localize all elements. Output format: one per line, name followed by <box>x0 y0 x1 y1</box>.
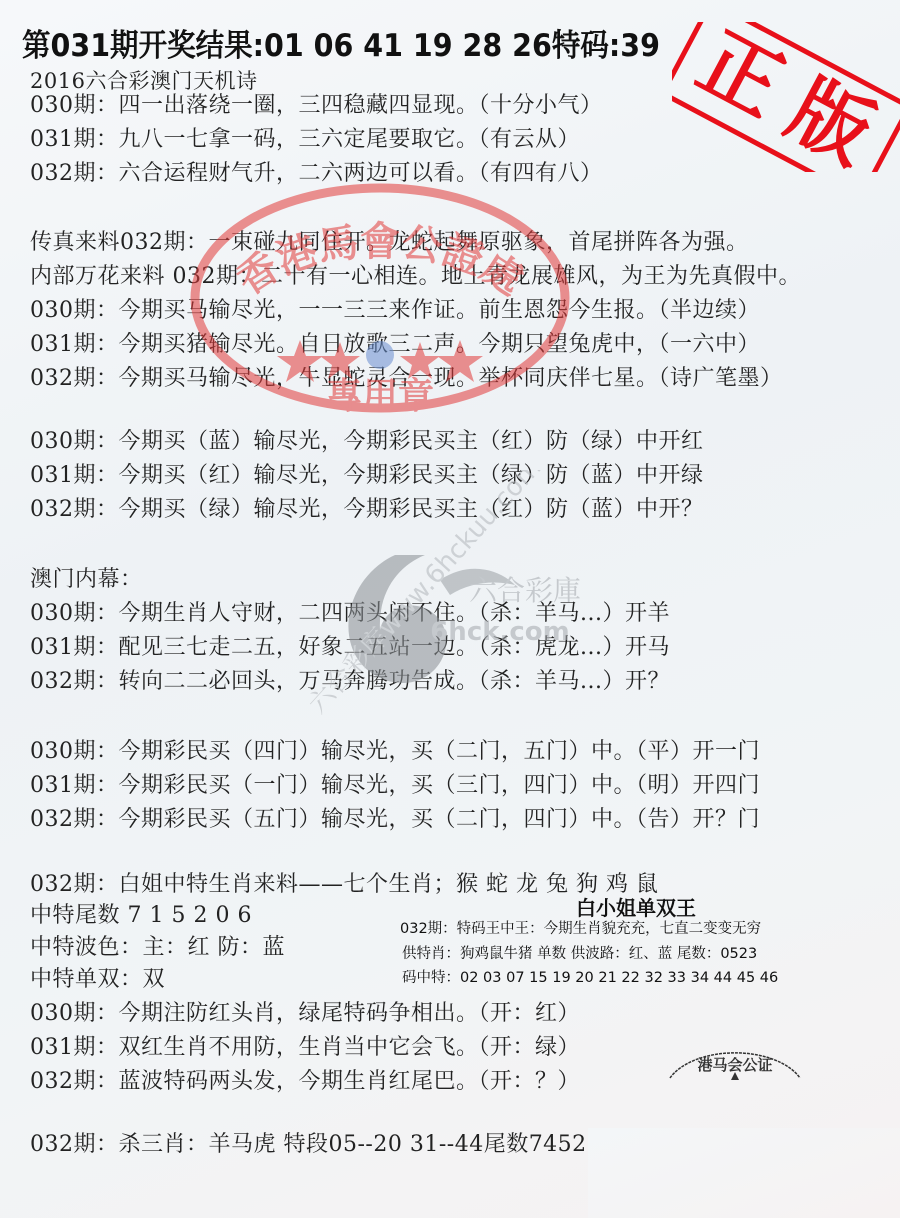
bottom-seal-icon: 港马会公证 <box>665 1040 805 1080</box>
wave-line: 032期：蓝波特码两头发，今期生肖红尾巴。（开：？） <box>30 1065 580 1099</box>
side-box-line: 032期：特码王中王：今期生肖貌充充，七直二变变无穷 <box>400 918 761 940</box>
draw-result-headline: 第031期开奖结果:01 06 41 19 28 26特码:39 <box>22 20 660 65</box>
fax-line: 032期：今期买马输尽光，牛显蛇灵合一现。举杯同庆伴七星。（诗广笔墨） <box>30 362 783 396</box>
svg-text:正: 正 <box>684 22 798 134</box>
macau-inside-line: 031期：配见三七走二五，好象二五站一边。（杀：虎龙...）开马 <box>30 631 670 665</box>
poem-line: 030期：四一出落绕一圈，三四稳藏四显现。（十分小气） <box>30 89 603 123</box>
fax-line: 030期：今期买马输尽光，一一三三来作证。前生恩怨今生报。（半边续） <box>30 294 760 328</box>
door-line: 030期：今期彩民买（四门）输尽光，买（二门，五门）中。（平）开一门 <box>30 735 760 769</box>
tail-numbers: 中特尾数 7 1 5 2 0 6 <box>30 899 252 933</box>
poem-line: 031期：九八一七拿一码，三六定尾要取它。（有云从） <box>30 123 580 157</box>
macau-inside-line: 032期：转向二二必回头，万马奔腾功告成。（杀：羊马...）开？ <box>30 665 670 699</box>
odd-even: 中特单双：双 <box>30 963 165 997</box>
macau-inside-title: 澳门内幕： <box>30 563 143 597</box>
side-box-line: 码中特：02 03 07 15 19 20 21 22 32 33 34 44 … <box>402 967 778 989</box>
zodiac-line: 032期：白姐中特生肖来料——七个生肖；猴 蛇 龙 兔 狗 鸡 鼠 <box>30 868 658 902</box>
authentic-stamp-icon: 正 版 <box>672 22 900 172</box>
door-line: 032期：今期彩民买（五门）输尽光，买（二门，四门）中。（告）开？门 <box>30 803 760 837</box>
color-line: 032期：今期买（绿）输尽光，今期彩民买主（红）防（蓝）中开？ <box>30 493 704 527</box>
wave-line: 031期：双红生肖不用防，生肖当中它会飞。（开：绿） <box>30 1031 580 1065</box>
svg-text:版: 版 <box>774 62 888 172</box>
svg-text:港马会公证: 港马会公证 <box>697 1056 772 1074</box>
side-box-line: 供特肖：狗鸡鼠牛猪 单数 供波路：红、蓝 尾数：0523 <box>402 943 757 965</box>
cropped-area <box>588 1128 900 1218</box>
poem-line: 032期：六合运程财气升，二六两边可以看。（有四有八） <box>30 157 603 191</box>
color-line: 031期：今期买（红）输尽光，今期彩民买主（绿）防（蓝）中开绿 <box>30 459 704 493</box>
color-line: 030期：今期买（蓝）输尽光，今期彩民买主（红）防（绿）中开红 <box>30 425 704 459</box>
wave-line: 030期：今期注防红头肖，绿尾特码争相出。（开：红） <box>30 997 580 1031</box>
door-line: 031期：今期彩民买（一门）输尽光，买（三门，四门）中。（明）开四门 <box>30 769 760 803</box>
macau-inside-line: 030期：今期生肖人守财，二四两头闲不住。（杀：羊马...）开羊 <box>30 597 670 631</box>
fax-line: 031期：今期买猪输尽光。自日放歌三二声。今期只望兔虎中，（一六中） <box>30 328 760 362</box>
fax-line: 传真来料032期：一束碰九同住开。龙蛇起舞原驱象，首尾拼阵各为强。 <box>30 226 749 260</box>
wave-color: 中特波色：主：红 防：蓝 <box>30 931 285 965</box>
kill-line: 032期：杀三肖：羊马虎 特段05--20 31--44尾数7452 <box>30 1128 587 1162</box>
fax-line: 内部万花来料 032期：二十有一心相连。地上青龙展雄风，为王为先真假中。 <box>30 260 801 294</box>
side-box-title: 白小姐单双王 <box>576 892 696 921</box>
